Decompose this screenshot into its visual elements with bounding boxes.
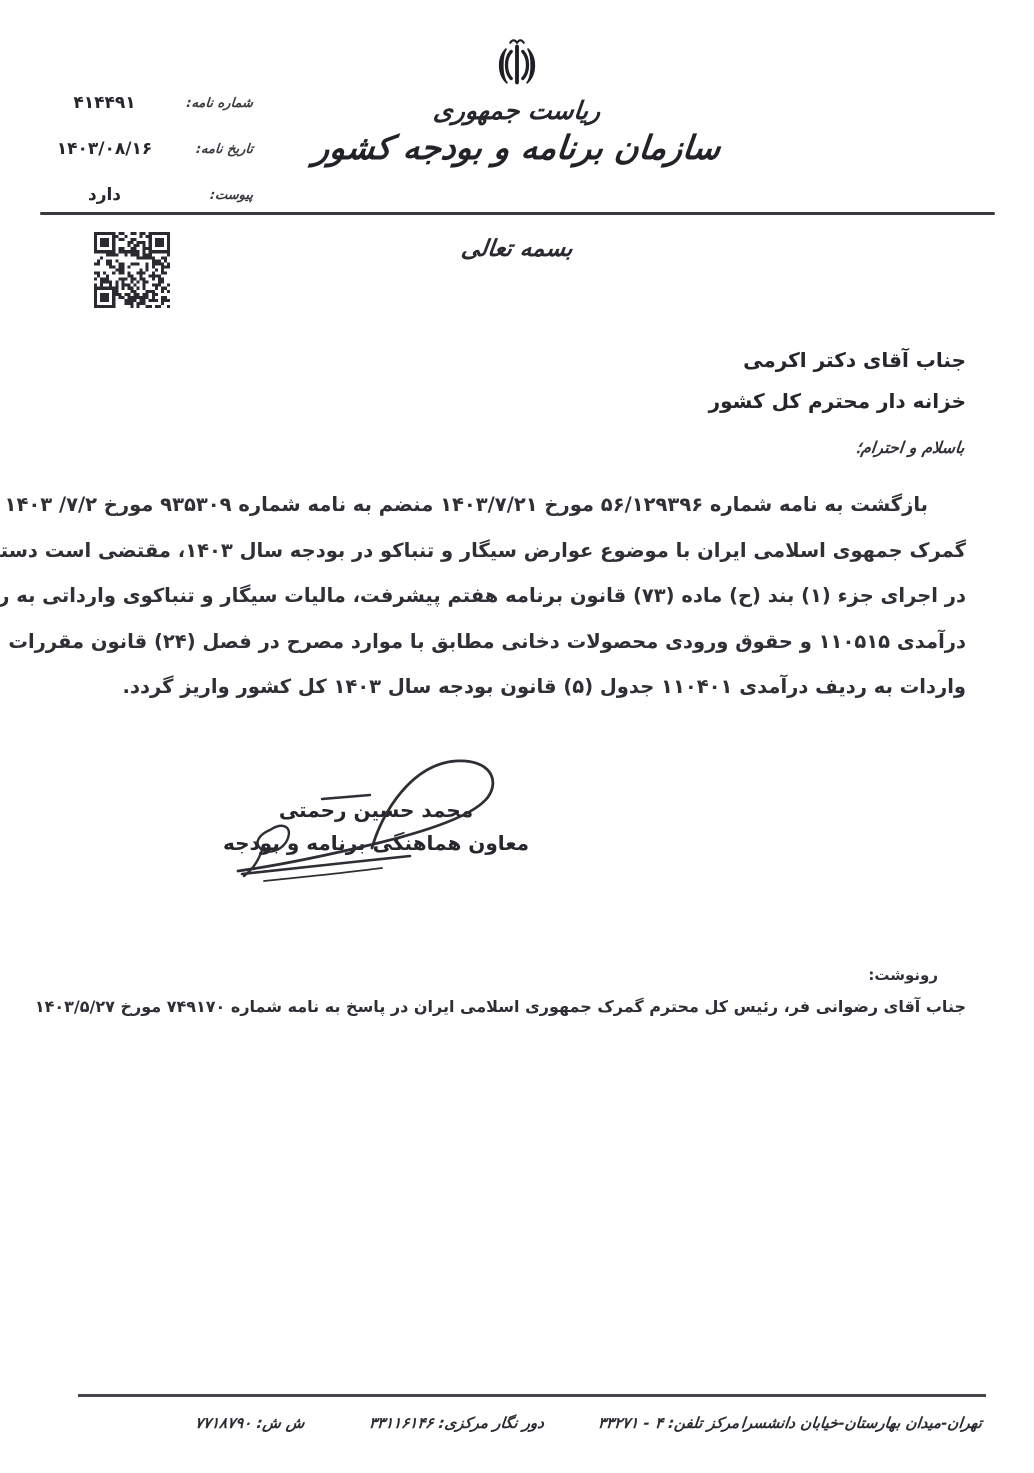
letterhead-divider <box>40 212 995 215</box>
body-line: در اجرای جزء (۱) بند (ح) ماده (۷۳) قانون… <box>64 573 966 619</box>
footer-phone: مرکز تلفن: ۴ - ۳۳۲۷۱ <box>597 1414 740 1432</box>
signature-block: محمد حسین رحمتی معاون هماهنگی برنامه و ب… <box>218 752 534 884</box>
body-line: واردات به ردیف درآمدی ۱۱۰۴۰۱ جدول (۵) قا… <box>64 664 966 710</box>
letter-attachment-value: دارد <box>48 185 161 205</box>
cc-recipient-line: جناب آقای رضوانی فر، رئیس کل محترم گمرک … <box>35 997 966 1016</box>
footer-fax: دور نگار مرکزی: ۳۳۱۱۶۱۴۶ <box>368 1414 545 1432</box>
letter-number-row: شماره نامه: ۴۱۴۴۹۱ <box>48 80 253 126</box>
iran-emblem-icon <box>487 36 547 94</box>
letter-date-row: تاریخ نامه: ۱۴۰۳/۰۸/۱۶ <box>48 126 253 172</box>
footer: تهران-میدان بهارستان-خیابان دانشسرا مرکز… <box>0 1406 1034 1450</box>
letter-attachment-label: پیوست: <box>160 188 253 203</box>
handwritten-signature <box>204 752 548 892</box>
footer-address: تهران-میدان بهارستان-خیابان دانشسرا <box>740 1414 983 1432</box>
scanned-letter-page: { "letterhead": { "emblem": "iran-nation… <box>0 0 1034 1473</box>
letter-date-value: ۱۴۰۳/۰۸/۱۶ <box>48 139 161 159</box>
recipient-name: جناب آقای دکتر اکرمی <box>743 348 966 372</box>
salutation: باسلام و احترام؛ <box>855 438 965 457</box>
letter-number-label: شماره نامه: <box>160 96 253 111</box>
body-line: درآمدی ۱۱۰۵۱۵ و حقوق ورودی محصولات دخانی… <box>64 619 966 665</box>
letter-meta-block: شماره نامه: ۴۱۴۴۹۱ تاریخ نامه: ۱۴۰۳/۰۸/۱… <box>48 80 253 218</box>
signatory-name: محمد حسین رحمتی <box>218 798 534 822</box>
letter-date-label: تاریخ نامه: <box>160 142 253 157</box>
cc-label: رونوشت: <box>868 966 938 984</box>
recipient-title: خزانه دار محترم کل کشور <box>709 389 966 413</box>
footer-divider <box>78 1394 986 1397</box>
body-line: گمرک جمهوی اسلامی ایران با موضوع عوارض س… <box>64 528 966 574</box>
qr-code <box>94 232 170 308</box>
letter-number-value: ۴۱۴۴۹۱ <box>48 93 161 113</box>
footer-serial-number: ش ش: ۷۷۱۸۷۹۰ <box>194 1414 305 1432</box>
body-line: بازگشت به نامه شماره ۵۶/۱۲۹۳۹۶ مورخ ۱۴۰۳… <box>64 482 966 528</box>
signatory-title: معاون هماهنگی برنامه و بودجه <box>218 831 534 855</box>
letter-body: بازگشت به نامه شماره ۵۶/۱۲۹۳۹۶ مورخ ۱۴۰۳… <box>64 482 966 710</box>
